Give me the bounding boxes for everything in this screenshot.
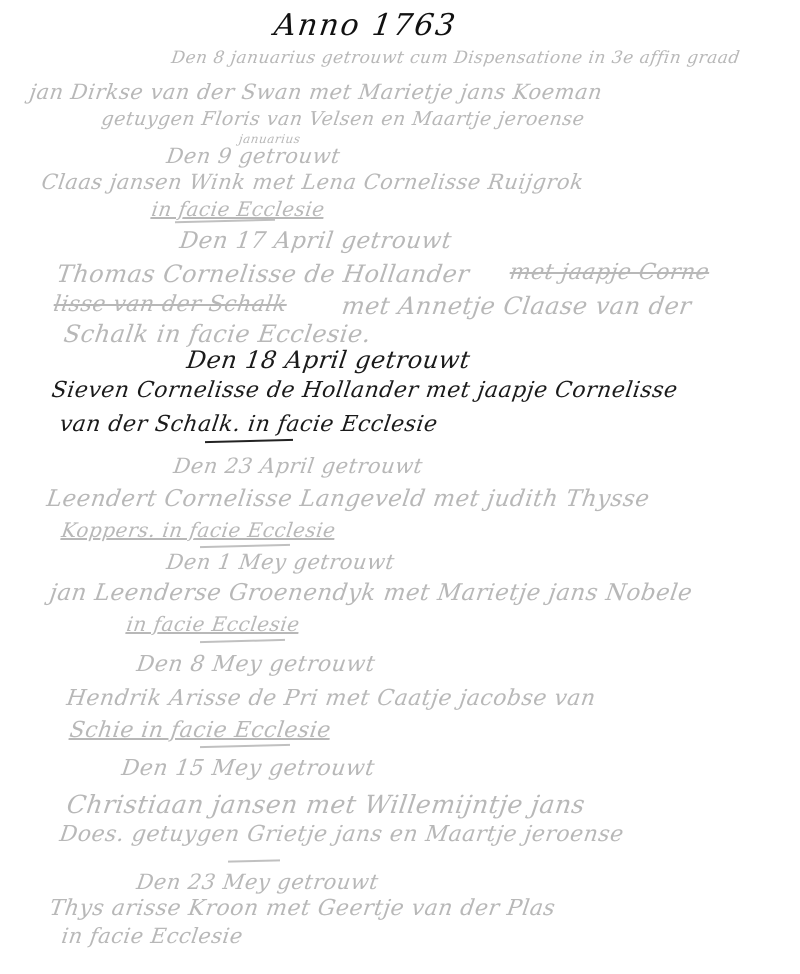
entry-line: Leendert Cornelisse Langeveld met judith…: [45, 486, 651, 512]
entry-heading: Den 9 getrouwt: [165, 144, 342, 168]
entry-line: Christiaan jansen met Willemijntje jans: [65, 790, 587, 819]
entry-line: met Annetje Claase van der: [340, 292, 693, 320]
entry-line: in facie Ecclesie: [150, 197, 326, 221]
struck-text: lisse van der Schalk: [52, 292, 289, 317]
entry-heading: Den 18 April getrouwt: [185, 346, 472, 374]
entry-heading: Den 17 April getrouwt: [178, 228, 453, 254]
divider: [200, 744, 290, 748]
entry-line: in facie Ecclesie: [60, 924, 245, 948]
entry-line: jan Dirkse van der Swan met Marietje jan…: [28, 80, 604, 104]
entry-line: in facie Ecclesie: [125, 612, 301, 636]
entry-heading: Den 23 Mey getrouwt: [135, 870, 380, 894]
entry-heading: Den 8 Mey getrouwt: [135, 652, 377, 677]
entry-line: Thys arisse Kroon met Geertje van der Pl…: [48, 896, 557, 921]
entry-line: jan Leenderse Groenendyk met Marietje ja…: [48, 580, 694, 606]
manuscript-page: Anno 1763 Den 8 januarius getrouwt cum D…: [0, 0, 800, 974]
divider: [200, 639, 285, 643]
entry-heading: Den 15 Mey getrouwt: [120, 756, 376, 781]
entry-line: van der Schalk. in facie Ecclesie: [58, 412, 439, 437]
entry-line: Hendrik Arisse de Pri met Caatje jacobse…: [65, 686, 597, 711]
entry-line: Koppers. in facie Ecclesie: [60, 518, 337, 542]
struck-text: met jaapje Corne: [508, 260, 711, 285]
page-title: Anno 1763: [272, 8, 459, 43]
entry-heading: Den 1 Mey getrouwt: [165, 550, 396, 574]
entry-line: Thomas Cornelisse de Hollander: [55, 260, 471, 288]
entry-line: Does. getuygen Grietje jans en Maartje j…: [58, 822, 625, 847]
entry-line: Claas jansen Wink met Lena Cornelisse Ru…: [40, 170, 585, 194]
entry-line: Sieven Cornelisse de Hollander met jaapj…: [50, 378, 679, 403]
divider: [228, 859, 280, 862]
entry-line: Schalk in facie Ecclesie.: [62, 320, 373, 348]
entry-heading: Den 8 januarius getrouwt cum Dispensatio…: [170, 48, 741, 68]
divider: [200, 544, 290, 548]
divider: [205, 439, 293, 443]
entry-heading: Den 23 April getrouwt: [172, 454, 424, 478]
entry-line: Schie in facie Ecclesie: [68, 718, 333, 743]
entry-line: getuygen Floris van Velsen en Maartje je…: [100, 108, 586, 130]
